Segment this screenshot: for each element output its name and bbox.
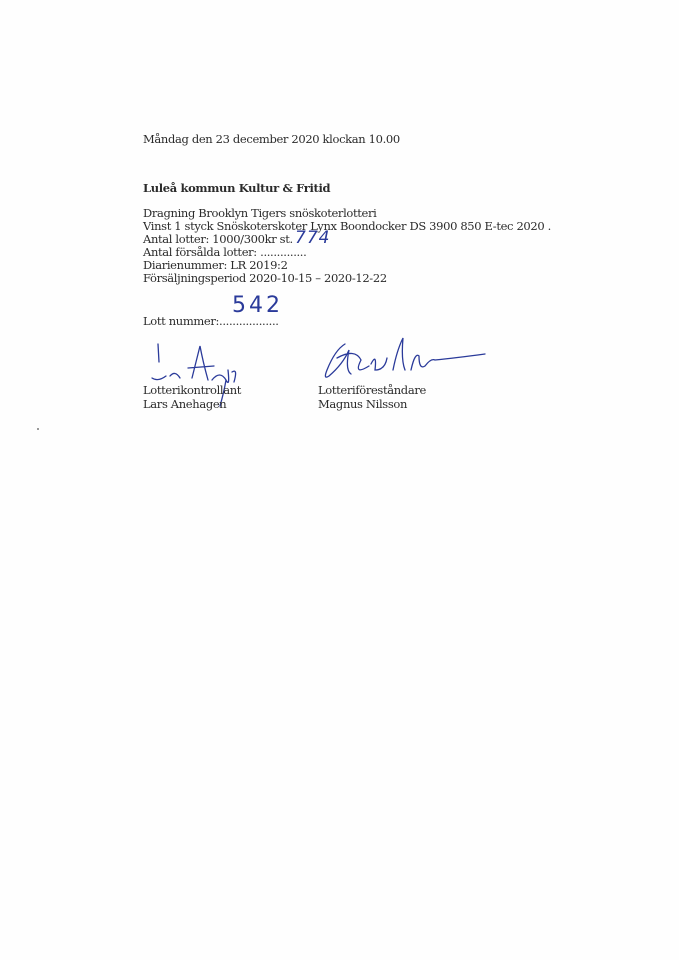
manager-name: Magnus Nilsson — [318, 397, 407, 411]
handwritten-tickets-sold: 774 — [295, 228, 330, 248]
controller-role: Lotterikontrollant — [143, 383, 241, 397]
scanned-document-page: Måndag den 23 december 2020 klockan 10.0… — [0, 0, 679, 960]
date-line: Måndag den 23 december 2020 klockan 10.0… — [143, 133, 400, 146]
manager-role: Lotteriföreståndare — [318, 383, 426, 397]
handwritten-lot-number: 542 — [232, 293, 283, 318]
controller-name: Lars Anehagen — [143, 397, 226, 411]
scan-speck — [37, 428, 39, 430]
sales-period-line: Försäljningsperiod 2020-10-15 – 2020-12-… — [143, 272, 387, 285]
signature-manager-icon — [315, 330, 495, 385]
organizer-heading: Luleå kommun Kultur & Fritid — [143, 182, 330, 195]
